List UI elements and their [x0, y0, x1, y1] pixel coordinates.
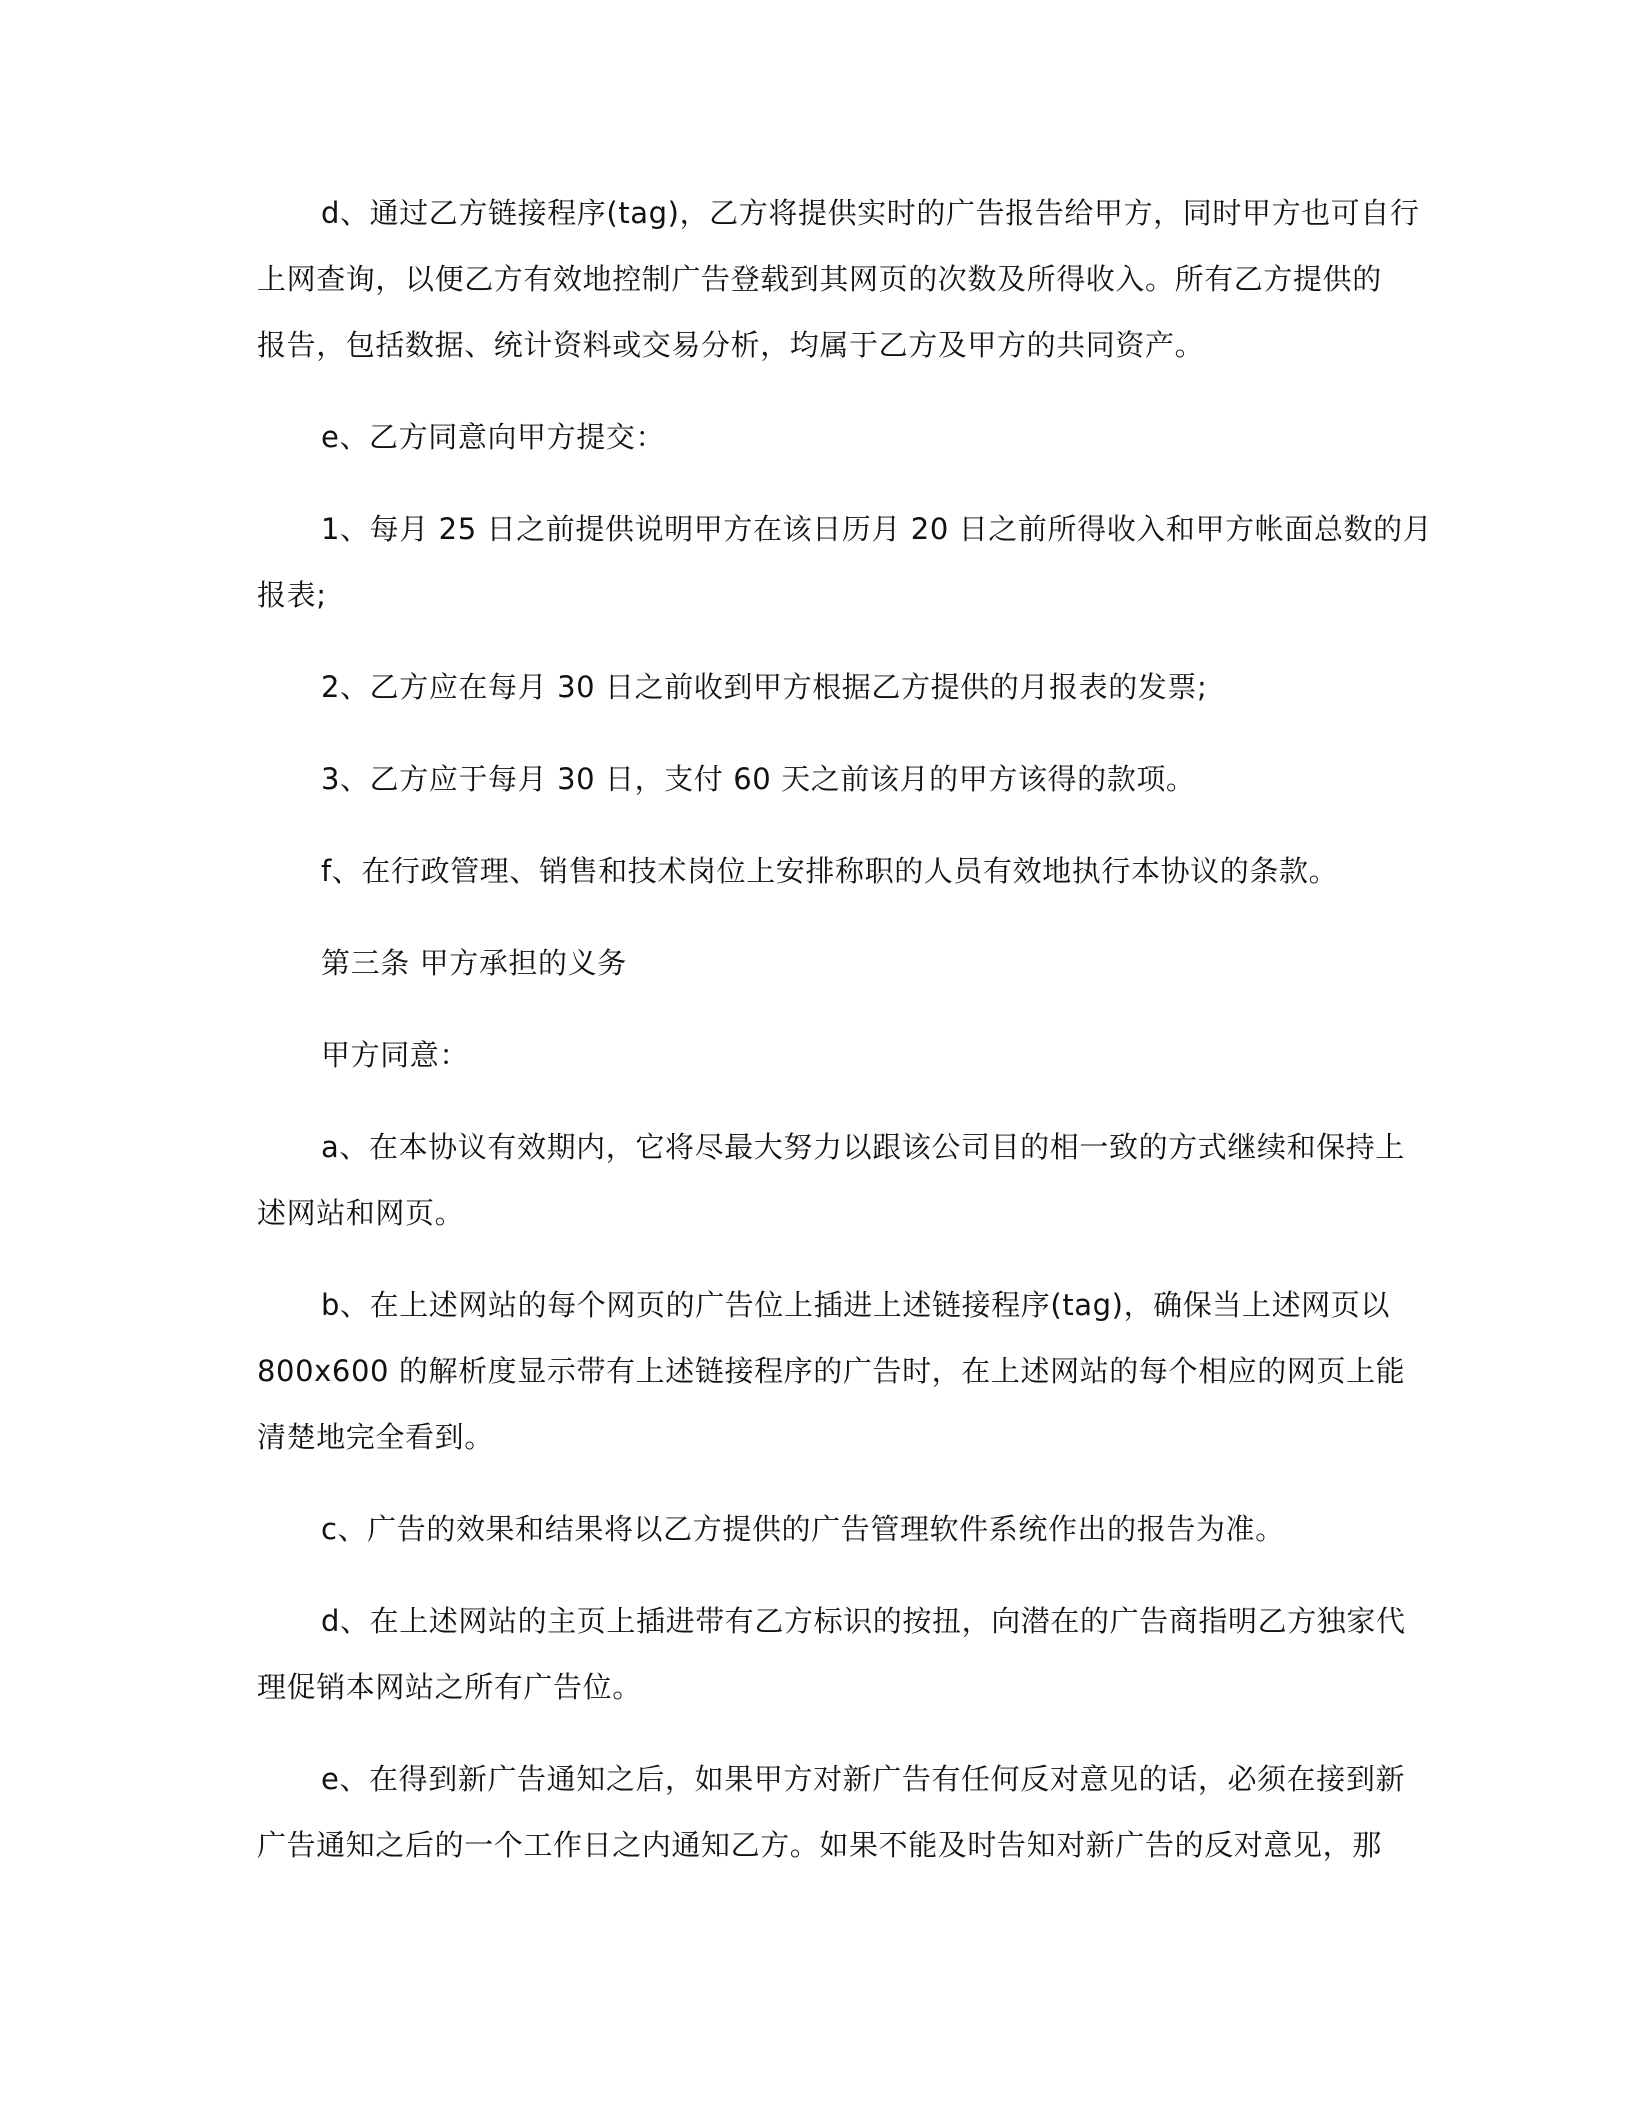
text-line: 广告通知之后的一个工作日之内通知乙方。如果不能及时告知对新广告的反对意见，那 [193, 1812, 1443, 1878]
party-a-agrees-intro: 甲方同意： [193, 1022, 1443, 1088]
text-line: b、在上述网站的每个网页的广告位上插进上述链接程序(tag)，确保当上述网页以 [193, 1272, 1443, 1338]
submit-list-item-3: 3、乙方应于每月 30 日，支付 60 天之前该月的甲方该得的款项。 [193, 746, 1443, 812]
clause-party-b-e-submit: e、乙方同意向甲方提交： [193, 404, 1443, 470]
text-line: 甲方同意： [193, 1022, 1443, 1088]
text-line: 上网查询，以便乙方有效地控制广告登载到其网页的次数及所得收入。所有乙方提供的 [193, 246, 1443, 312]
text-line: 800x600 的解析度显示带有上述链接程序的广告时，在上述网站的每个相应的网页… [193, 1338, 1443, 1404]
clause-party-a-e-objection: e、在得到新广告通知之后，如果甲方对新广告有任何反对意见的话，必须在接到新 广告… [193, 1746, 1443, 1878]
text-line: 2、乙方应在每月 30 日之前收到甲方根据乙方提供的月报表的发票; [193, 654, 1443, 720]
clause-party-b-f-staff: f、在行政管理、销售和技术岗位上安排称职的人员有效地执行本协议的条款。 [193, 838, 1443, 904]
clause-party-a-c-results: c、广告的效果和结果将以乙方提供的广告管理软件系统作出的报告为准。 [193, 1496, 1443, 1562]
text-line: 报告，包括数据、统计资料或交易分析，均属于乙方及甲方的共同资产。 [193, 312, 1443, 378]
text-line: 述网站和网页。 [193, 1180, 1443, 1246]
text-line: c、广告的效果和结果将以乙方提供的广告管理软件系统作出的报告为准。 [193, 1496, 1443, 1562]
clause-party-a-b-insert-tag: b、在上述网站的每个网页的广告位上插进上述链接程序(tag)，确保当上述网页以 … [193, 1272, 1443, 1470]
document-page: d、通过乙方链接程序(tag)，乙方将提供实时的广告报告给甲方，同时甲方也可自行… [193, 180, 1443, 1904]
clause-party-a-d-button: d、在上述网站的主页上插进带有乙方标识的按扭，向潜在的广告商指明乙方独家代 理促… [193, 1588, 1443, 1720]
text-line: d、在上述网站的主页上插进带有乙方标识的按扭，向潜在的广告商指明乙方独家代 [193, 1588, 1443, 1654]
text-line: 清楚地完全看到。 [193, 1404, 1443, 1470]
text-line: d、通过乙方链接程序(tag)，乙方将提供实时的广告报告给甲方，同时甲方也可自行 [193, 180, 1443, 246]
article-heading: 第三条 甲方承担的义务 [193, 930, 1443, 996]
text-line: 报表; [193, 562, 1443, 628]
text-line: 理促销本网站之所有广告位。 [193, 1654, 1443, 1720]
text-line: 1、每月 25 日之前提供说明甲方在该日历月 20 日之前所得收入和甲方帐面总数… [193, 496, 1443, 562]
submit-list-item-2: 2、乙方应在每月 30 日之前收到甲方根据乙方提供的月报表的发票; [193, 654, 1443, 720]
text-line: a、在本协议有效期内，它将尽最大努力以跟该公司目的相一致的方式继续和保持上 [193, 1114, 1443, 1180]
clause-party-a-a-maintain: a、在本协议有效期内，它将尽最大努力以跟该公司目的相一致的方式继续和保持上 述网… [193, 1114, 1443, 1246]
article-title: 第三条 甲方承担的义务 [193, 930, 1443, 996]
text-line: f、在行政管理、销售和技术岗位上安排称职的人员有效地执行本协议的条款。 [193, 838, 1443, 904]
text-line: e、乙方同意向甲方提交： [193, 404, 1443, 470]
text-line: e、在得到新广告通知之后，如果甲方对新广告有任何反对意见的话，必须在接到新 [193, 1746, 1443, 1812]
submit-list-item-1: 1、每月 25 日之前提供说明甲方在该日历月 20 日之前所得收入和甲方帐面总数… [193, 496, 1443, 628]
text-line: 3、乙方应于每月 30 日，支付 60 天之前该月的甲方该得的款项。 [193, 746, 1443, 812]
clause-party-b-d-reporting: d、通过乙方链接程序(tag)，乙方将提供实时的广告报告给甲方，同时甲方也可自行… [193, 180, 1443, 378]
